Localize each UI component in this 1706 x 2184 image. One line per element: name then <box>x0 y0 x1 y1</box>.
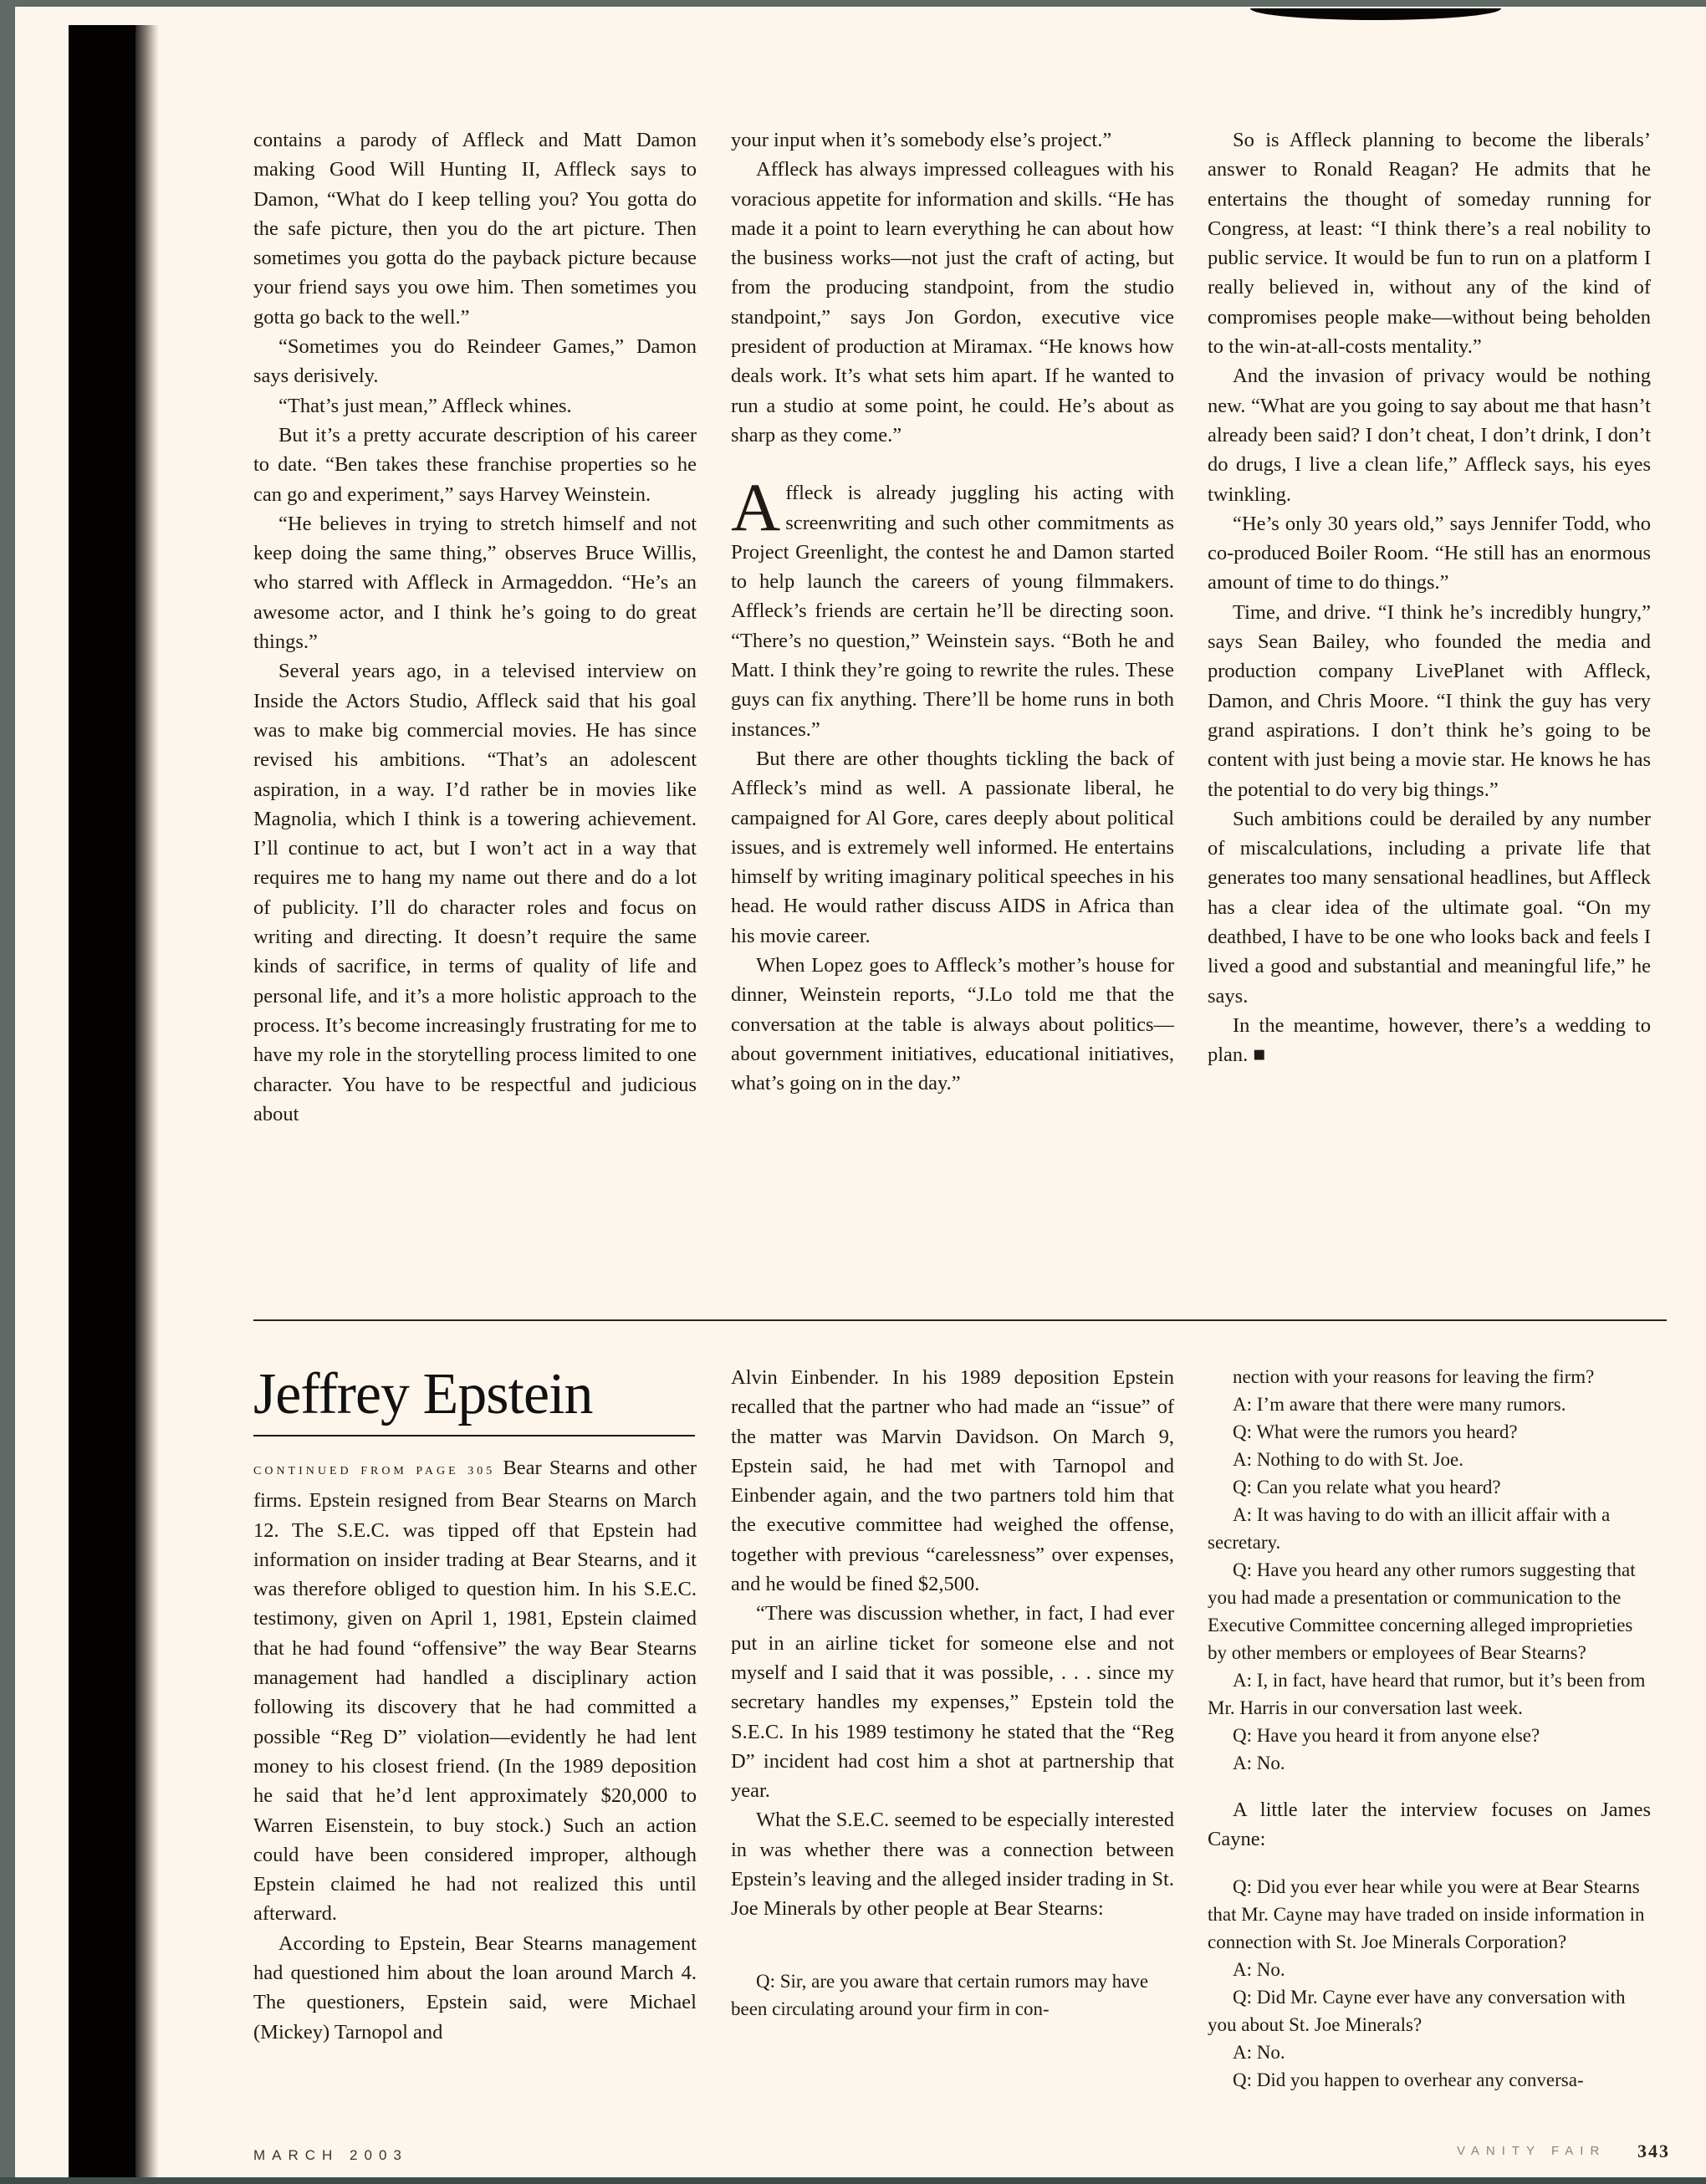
qa-line: A: It was having to do with an illicit a… <box>1208 1501 1651 1556</box>
headline-underline <box>253 1435 695 1436</box>
qa-line: A: Nothing to do with St. Joe. <box>1208 1446 1651 1473</box>
paragraph: CONTINUED FROM PAGE 305 Bear Stearns and… <box>253 1453 697 1929</box>
issue-date: MARCH 2003 <box>253 2147 408 2164</box>
epstein-column-3: nection with your reasons for leaving th… <box>1208 1363 1651 2094</box>
paragraph: But it’s a pretty accurate description o… <box>253 421 697 509</box>
qa-line: A: I, in fact, have heard that rumor, bu… <box>1208 1666 1651 1722</box>
paragraph: Time, and drive. “I think he’s incredibl… <box>1208 598 1651 804</box>
affleck-column-3: So is Affleck planning to become the lib… <box>1208 125 1651 1070</box>
paragraph: When Lopez goes to Affleck’s mother’s ho… <box>731 951 1174 1098</box>
paragraph: Several years ago, in a televised interv… <box>253 656 697 1129</box>
paragraph: But there are other thoughts tickling th… <box>731 744 1174 951</box>
paragraph: “There was discussion whether, in fact, … <box>731 1599 1174 1805</box>
qa-line: Q: Did Mr. Cayne ever have any conversat… <box>1208 1983 1651 2039</box>
qa-line: A: No. <box>1208 1749 1651 1777</box>
affleck-column-2: your input when it’s somebody else’s pro… <box>731 125 1174 1099</box>
qa-line: Q: What were the rumors you heard? <box>1208 1418 1651 1446</box>
paragraph: Affleck has always impressed colleagues … <box>731 155 1174 450</box>
paragraph: Such ambitions could be derailed by any … <box>1208 804 1651 1011</box>
epstein-column-2: Alvin Einbender. In his 1989 deposition … <box>731 1363 1174 2023</box>
qa-line: A: I’m aware that there were many rumors… <box>1208 1391 1651 1418</box>
paragraph: So is Affleck planning to become the lib… <box>1208 125 1651 361</box>
deposition-transcript: Q: Did you ever hear while you were at B… <box>1208 1873 1651 2094</box>
paragraph: What the S.E.C. seemed to be especially … <box>731 1805 1174 1923</box>
qa-line: Q: Have you heard it from anyone else? <box>1208 1722 1651 1749</box>
qa-line: Q: Can you relate what you heard? <box>1208 1473 1651 1501</box>
binding-spine <box>69 25 135 2184</box>
dropcap-letter: A <box>731 482 780 533</box>
magazine-name: VANITY FAIR <box>1457 2144 1606 2158</box>
binding-shadow <box>135 25 159 2184</box>
section-divider <box>253 1319 1667 1321</box>
qa-line: Q: Have you heard any other rumors sugge… <box>1208 1556 1651 1666</box>
paragraph: Alvin Einbender. In his 1989 deposition … <box>731 1363 1174 1599</box>
qa-line: Q: Did you happen to overhear any conver… <box>1208 2066 1651 2094</box>
qa-line: A: No. <box>1208 2039 1651 2066</box>
paragraph: contains a parody of Affleck and Matt Da… <box>253 125 697 332</box>
dropcap-paragraph: Affleck is already juggling his acting w… <box>731 478 1174 744</box>
article-headline: Jeffrey Epstein <box>253 1361 695 1428</box>
qa-line: nection with your reasons for leaving th… <box>1208 1363 1651 1391</box>
scan-border <box>0 2177 1706 2184</box>
article-ending: In the meantime, however, there’s a wedd… <box>1208 1011 1651 1070</box>
epstein-column-1: CONTINUED FROM PAGE 305 Bear Stearns and… <box>253 1453 697 2047</box>
paragraph: And the invasion of privacy would be not… <box>1208 361 1651 508</box>
paragraph: A little later the interview focuses on … <box>1208 1795 1651 1855</box>
continued-label: CONTINUED FROM PAGE 305 <box>253 1465 495 1477</box>
paragraph: “He believes in trying to stretch himsel… <box>253 509 697 656</box>
qa-line: A: No. <box>1208 1956 1651 1983</box>
paragraph: “Sometimes you do Reindeer Games,” Damon… <box>253 332 697 391</box>
paragraph: your input when it’s somebody else’s pro… <box>731 125 1174 155</box>
paragraph: According to Epstein, Bear Stearns manag… <box>253 1929 697 2047</box>
qa-line: Q: Did you ever hear while you were at B… <box>1208 1873 1651 1956</box>
paragraph: “He’s only 30 years old,” says Jennifer … <box>1208 509 1651 598</box>
paragraph: “That’s just mean,” Affleck whines. <box>253 391 697 421</box>
qa-line: Q: Sir, are you aware that certain rumor… <box>731 1967 1174 2023</box>
deposition-transcript: nection with your reasons for leaving th… <box>1208 1363 1651 1777</box>
page-number: 343 <box>1637 2141 1670 2162</box>
affleck-column-1: contains a parody of Affleck and Matt Da… <box>253 125 697 1129</box>
